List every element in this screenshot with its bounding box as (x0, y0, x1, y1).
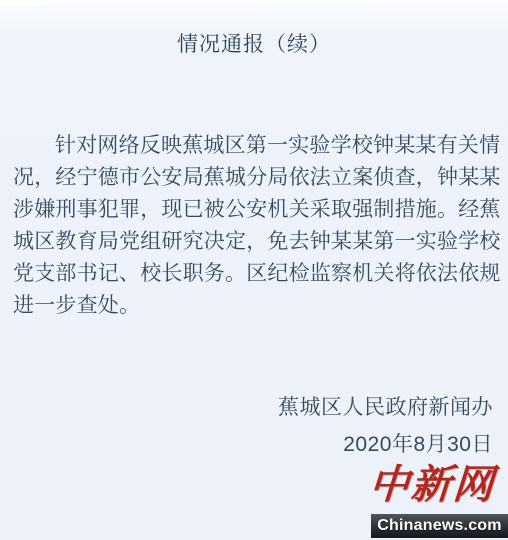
chinanews-domain-text: Chinanews.com (377, 517, 501, 535)
notice-body: 针对网络反映蕉城区第一实验学校钟某某有关情 况，经宁德市公安局蕉城分局依法立案侦… (13, 130, 494, 322)
notice-body-line: 涉嫌刑事犯罪，现已被公安机关采取强制措施。经蕉 (13, 194, 494, 226)
notice-body-line: 党支部书记、校长职务。区纪检监察机关将依法依规 (13, 258, 494, 290)
chinanews-domain-bar: Chinanews.com (371, 514, 508, 538)
notice-body-line: 况，经宁德市公安局蕉城分局依法立案侦查，钟某某 (13, 162, 494, 194)
chinanews-logo: 中新网 (367, 460, 496, 510)
notice-date: 2020年8月30日 (278, 426, 493, 463)
corner-highlight (0, 0, 47, 6)
notice-sign-block: 蕉城区人民政府新闻办 2020年8月30日 (278, 389, 493, 463)
notice-body-line: 进一步查处。 (13, 290, 494, 322)
notice-signature: 蕉城区人民政府新闻办 (278, 389, 493, 426)
notice-body-line: 城区教育局党组研究决定，免去钟某某第一实验学校 (13, 226, 494, 258)
notice-title: 情况通报（续） (0, 33, 508, 56)
notice-image: 情况通报（续） 针对网络反映蕉城区第一实验学校钟某某有关情 况，经宁德市公安局蕉… (0, 0, 508, 540)
notice-body-line: 针对网络反映蕉城区第一实验学校钟某某有关情 (13, 130, 494, 162)
